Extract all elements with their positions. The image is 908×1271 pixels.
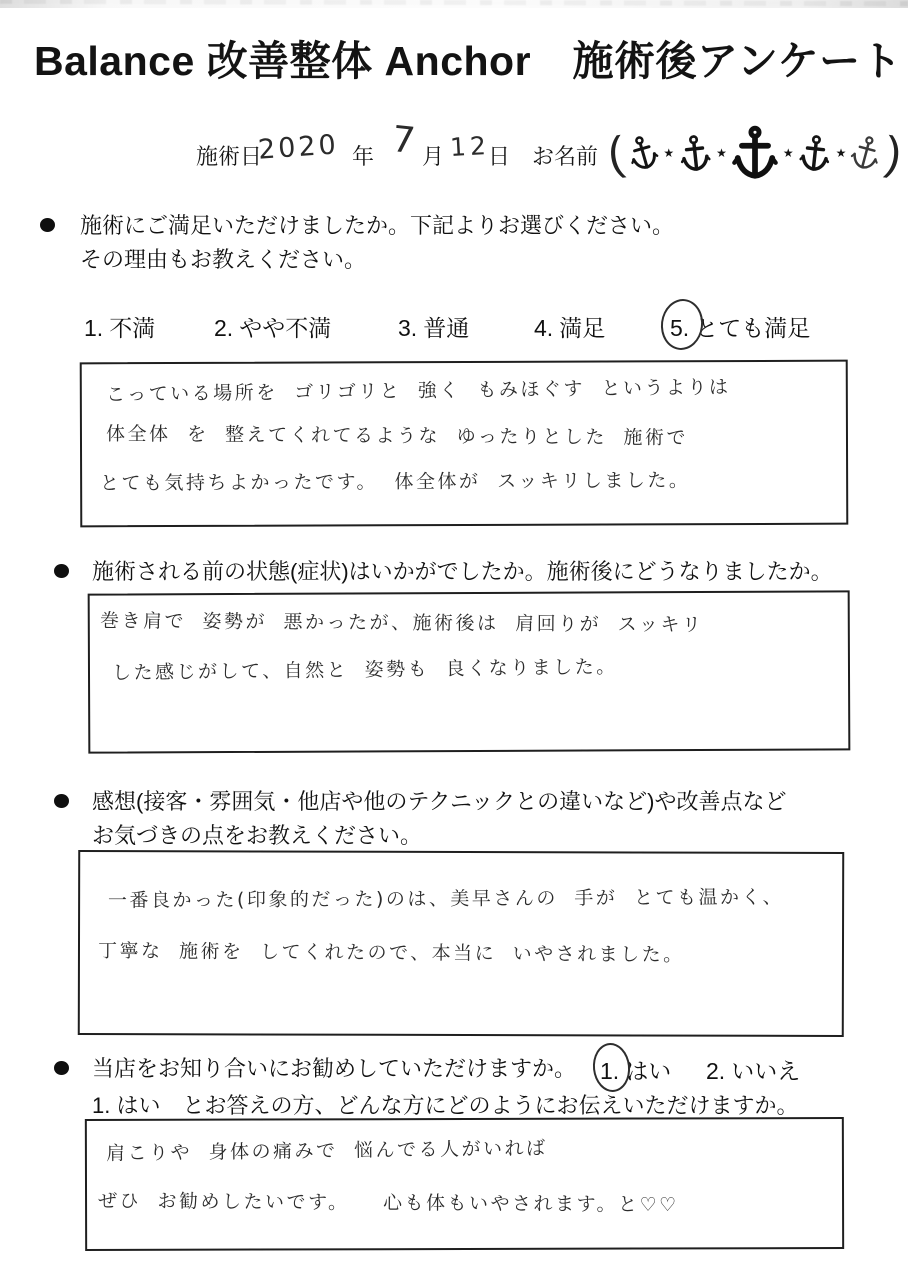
q3-text-line2: お気づきの点をお教えください。	[92, 819, 422, 853]
q3-answer-line: 丁寧な 施術を してくれたので、本当に いやされました。	[98, 936, 685, 967]
q1-answer-line: 体全体 を 整えてくれてるような ゆったりとした 施術で	[106, 419, 688, 450]
star-icon: ★	[663, 146, 674, 160]
option-number: 3.	[398, 315, 417, 341]
treatment-month-value: 7	[390, 119, 417, 162]
bullet-icon	[40, 218, 55, 232]
q2-answer-line: 巻き肩で 姿勢が 悪かったが、施術後は 肩回りが スッキリ	[100, 606, 704, 637]
anchor-icon-large	[732, 124, 778, 182]
q1-text-line2: その理由もお教えください。	[80, 243, 366, 277]
q1-selected-circle	[658, 297, 706, 353]
q1-answer-line: とても気持ちよかったです。 体全体が スッキリしました。	[100, 465, 691, 495]
star-icon: ★	[716, 146, 727, 160]
treatment-day-value: 12	[449, 131, 490, 162]
treatment-date-label: 施術日	[196, 140, 262, 171]
bullet-icon	[54, 1061, 69, 1075]
paren-close: )	[883, 129, 905, 177]
anchor-icon	[624, 131, 663, 176]
star-icon: ★	[783, 146, 794, 160]
anchor-icon	[677, 131, 713, 175]
page-title: Balance 改善整体 Anchor 施術後アンケート	[34, 28, 902, 87]
option-label: いいえ	[731, 1058, 800, 1084]
name-anchor-doodle: ( ★ ★	[608, 114, 902, 192]
option-number: 1.	[84, 315, 103, 341]
option-label: 不満	[109, 315, 155, 341]
star-icon: ★	[836, 146, 847, 160]
survey-sheet: Balance 改善整体 Anchor 施術後アンケート 施術日 2020 年 …	[0, 0, 908, 1271]
anchor-icon	[847, 131, 886, 175]
q1-option-1: 1.不満	[84, 310, 155, 343]
scan-page-edge	[0, 0, 908, 8]
option-label: とても満足	[695, 315, 810, 341]
q3-text-line1: 感想(接客・雰囲気・他店や他のテクニックとの違いなど)や改善点など	[92, 785, 786, 819]
q4-answer-line: 肩こりや 身体の痛みで 悩んでる人がいれば	[106, 1133, 548, 1165]
option-label: 普通	[423, 315, 469, 341]
anchor-icon	[797, 131, 833, 175]
q4-option-no: 2.いいえ	[706, 1053, 800, 1086]
option-number: 2.	[214, 315, 233, 341]
q3-answer-line: 一番良かった(印象的だった)のは、美早さんの 手が とても温かく、	[108, 882, 784, 913]
q1-option-2: 2.やや不満	[214, 310, 331, 343]
option-label: やや不満	[239, 315, 331, 341]
q1-option-3: 3.普通	[398, 310, 469, 343]
day-unit-label: 日	[488, 140, 510, 171]
option-label: はい	[625, 1058, 671, 1084]
paren-open: (	[605, 129, 627, 177]
q4-answer-line: ぜひ お勧めしたいです。 心も体もいやされます。と♡♡	[98, 1186, 679, 1217]
bullet-icon	[54, 794, 69, 808]
name-label: お名前	[532, 140, 598, 171]
option-number: 2.	[706, 1058, 725, 1084]
q2-text-line1: 施術される前の状態(症状)はいかがでしたか。施術後にどうなりましたか。	[92, 555, 833, 589]
treatment-year-value: 2020	[257, 129, 340, 166]
q1-option-4: 4.満足	[534, 310, 605, 343]
option-number: 4.	[534, 315, 553, 341]
bullet-icon	[54, 564, 69, 578]
month-unit-label: 月	[422, 140, 444, 171]
option-label: 満足	[559, 315, 605, 341]
year-unit-label: 年	[352, 140, 374, 171]
q4-text-line1: 当店をお知り合いにお勧めしていただけますか。	[92, 1052, 576, 1086]
q1-text-line1: 施術にご満足いただけましたか。下記よりお選びください。	[80, 209, 674, 243]
